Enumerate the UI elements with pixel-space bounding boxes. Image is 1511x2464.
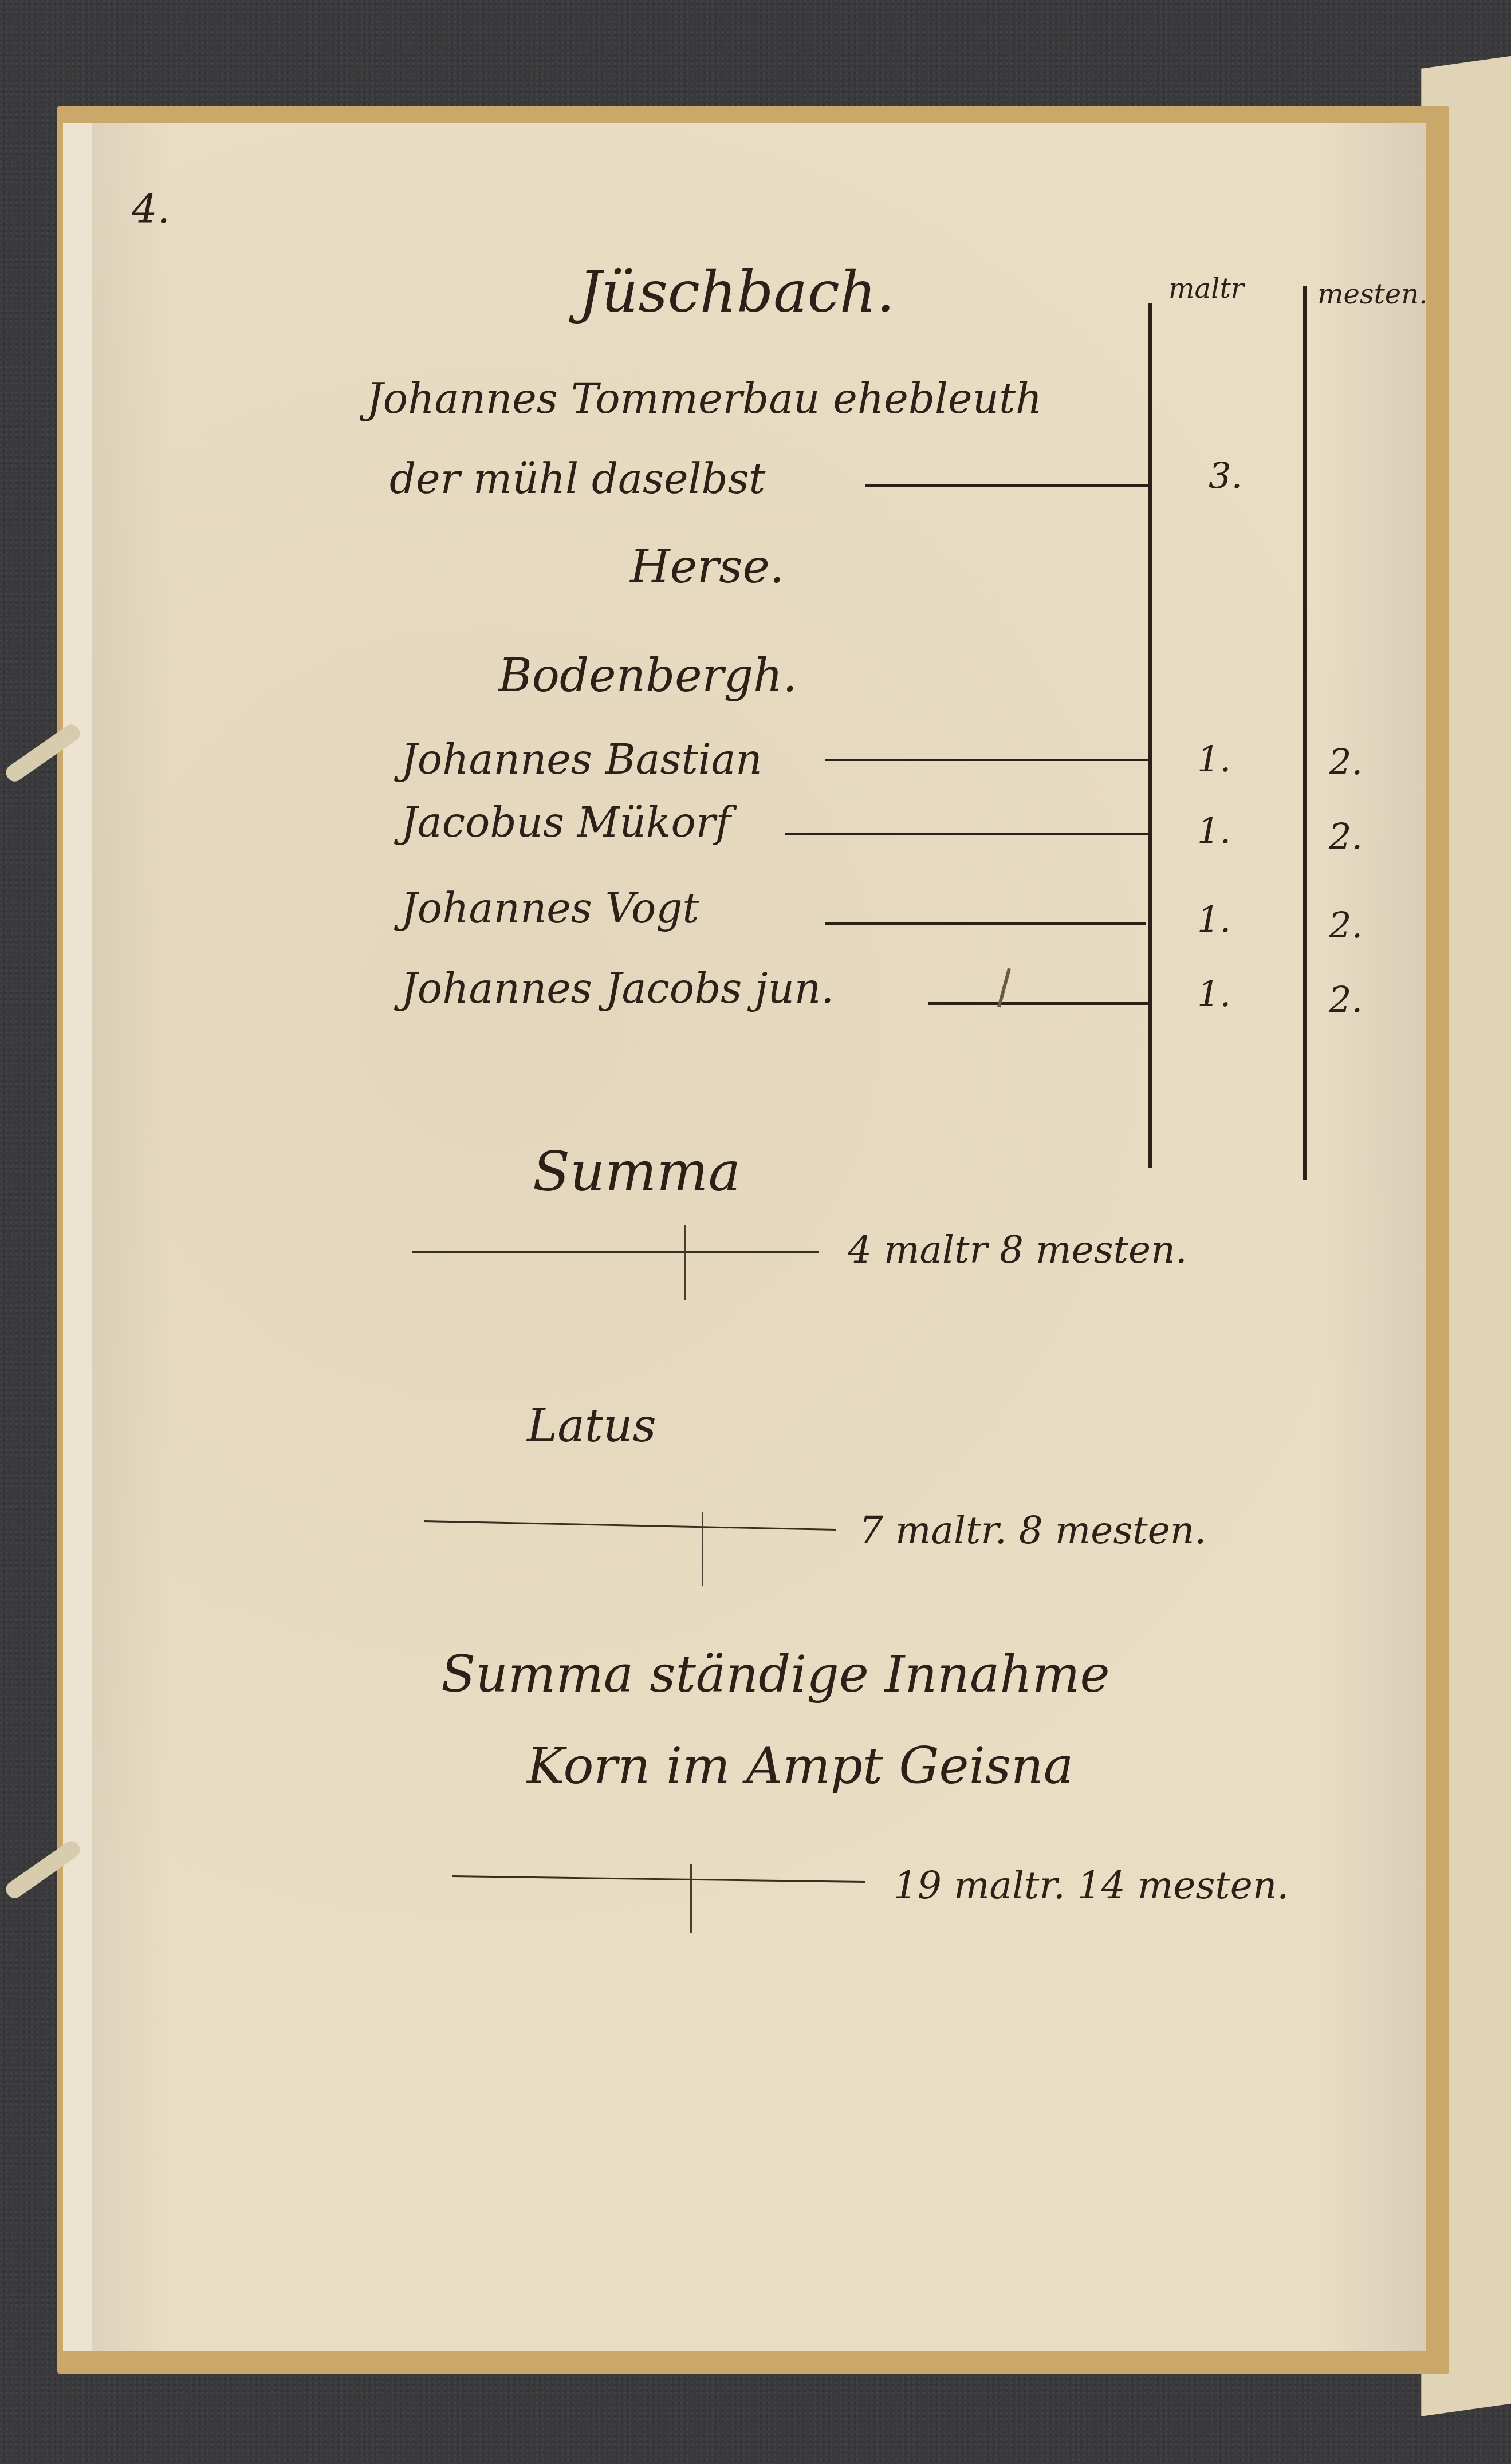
- summa-value: 4 maltr 8 mesten.: [848, 1231, 1187, 1269]
- page-edge-stack: [63, 123, 93, 2351]
- mesten-value: 2.: [1329, 744, 1363, 780]
- summa-label: Summa: [533, 1145, 741, 1200]
- column-rule-right: [1303, 286, 1307, 1180]
- entry-name: Johannes Bastian: [401, 739, 762, 780]
- page-number: 4.: [132, 189, 170, 229]
- section-heading-bodenbergh: Bodenbergh.: [498, 653, 797, 699]
- leader-line: [825, 759, 1148, 761]
- entry-name: Johannes Jacobs jun.: [401, 968, 834, 1009]
- leader-line: [865, 484, 1148, 487]
- grand-total-value: 19 maltr. 14 mesten.: [894, 1867, 1289, 1905]
- mesten-value: 2.: [1329, 908, 1363, 943]
- leader-line: [825, 922, 1146, 925]
- leader-line: [785, 833, 1148, 835]
- malter-value: 1.: [1197, 902, 1231, 937]
- latus-tick: [702, 1512, 703, 1586]
- mesten-value: 2.: [1329, 819, 1363, 854]
- grand-total-tick: [690, 1864, 692, 1933]
- section-heading-jueschbach: Jüschbach.: [579, 263, 895, 321]
- malter-value: 3.: [1209, 458, 1242, 494]
- entry-name: Johannes Vogt: [401, 888, 699, 929]
- entry-name: Jacobus Mükorf: [401, 802, 731, 843]
- entry-line: der mühl daselbst: [389, 458, 766, 499]
- summa-rule: [412, 1251, 819, 1253]
- section-heading-herse: Herse.: [630, 544, 784, 590]
- column-rule-left: [1148, 303, 1152, 1168]
- leader-line: [928, 1002, 1148, 1005]
- column-header-mesten: mesten.: [1317, 281, 1427, 308]
- malter-value: 1.: [1197, 813, 1231, 849]
- column-header-malter: maltr: [1168, 275, 1244, 302]
- entry-line: Johannes Tommerbau ehebleuth: [367, 378, 1042, 419]
- summa-tick: [684, 1225, 686, 1300]
- mesten-value: 2.: [1329, 982, 1363, 1018]
- malter-value: 1.: [1197, 742, 1231, 777]
- latus-label: Latus: [527, 1403, 656, 1449]
- latus-value: 7 maltr. 8 mesten.: [859, 1512, 1206, 1550]
- grand-total-line-2: Korn im Ampt Geisna: [527, 1741, 1073, 1791]
- malter-value: 1.: [1197, 976, 1231, 1012]
- grand-total-line-1: Summa ständige Innahme: [441, 1649, 1110, 1700]
